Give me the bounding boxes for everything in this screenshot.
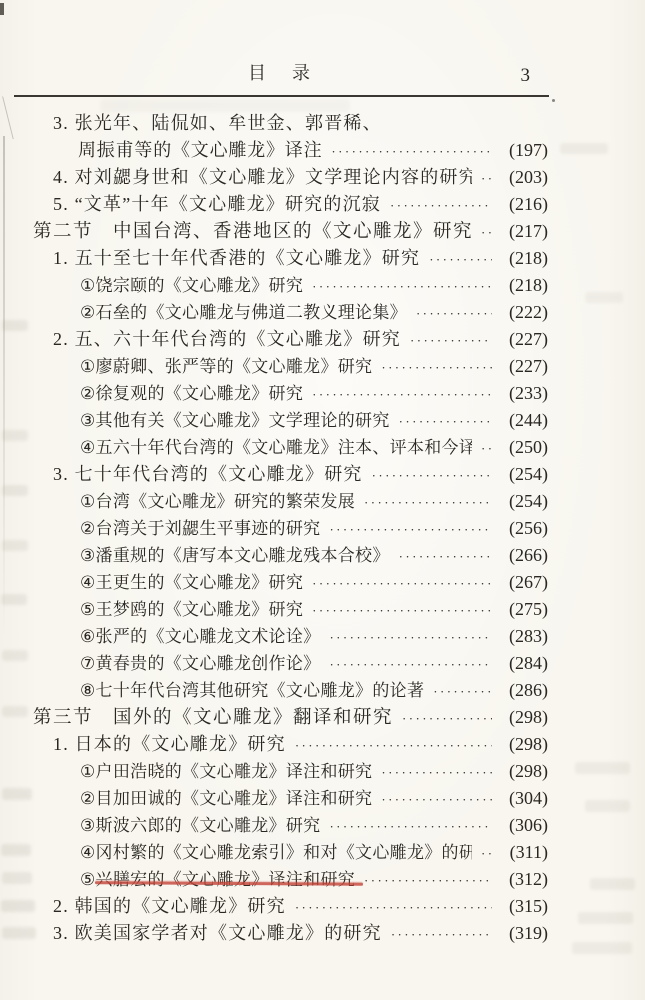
toc-entry-text: 3. 张光年、陆侃如、牟世金、郭晋稀、 bbox=[53, 110, 382, 137]
toc-entry-text: ①饶宗颐的《文心雕龙》研究 bbox=[80, 272, 303, 299]
toc-page-number: (244) bbox=[492, 407, 548, 434]
dot-leader: ········································… bbox=[407, 300, 492, 326]
toc-page-number: (275) bbox=[492, 596, 548, 623]
bleed-through-mark bbox=[572, 942, 632, 954]
page-header: 目 录 3 bbox=[14, 0, 548, 96]
toc-entry: ⑤兴膳宏的《文心雕龙》译注和研究························… bbox=[14, 866, 548, 893]
toc-page-number: (306) bbox=[492, 812, 548, 839]
toc-page-number: (218) bbox=[492, 272, 548, 299]
dot-leader: ········································… bbox=[372, 759, 492, 785]
toc-entry: ①廖蔚卿、张严等的《文心雕龙》研究·······················… bbox=[14, 353, 548, 380]
toc-entry-text: ⑧七十年代台湾其他研究《文心雕龙》的论著 bbox=[80, 677, 424, 704]
toc-entry: 第三节 国外的《文心雕龙》翻译和研究······················… bbox=[14, 704, 548, 731]
toc-page-number: (203) bbox=[492, 164, 548, 191]
dot-leader: ········································… bbox=[286, 732, 492, 758]
bleed-through-mark bbox=[575, 762, 630, 774]
toc-page-number: (298) bbox=[492, 704, 548, 731]
bleed-through-mark bbox=[2, 927, 36, 939]
toc-entry: ⑦黄春贵的《文心雕龙创作论》··························… bbox=[14, 650, 548, 677]
toc-page-number: (304) bbox=[492, 785, 548, 812]
page-content: 目 录 3 3. 张光年、陆侃如、牟世金、郭晋稀、周振甫等的《文心雕龙》译注··… bbox=[14, 0, 548, 96]
dot-leader: ········································… bbox=[320, 624, 492, 650]
toc-entry: ①台湾《文心雕龙》研究的繁荣发展························… bbox=[14, 488, 548, 515]
toc-page-number: (284) bbox=[492, 650, 548, 677]
toc-page-number: (216) bbox=[492, 191, 548, 218]
toc-entry-text: 第三节 国外的《文心雕龙》翻译和研究 bbox=[33, 705, 393, 731]
toc-page-number: (227) bbox=[492, 326, 548, 353]
toc-entry: ④王更生的《文心雕龙》研究···························… bbox=[14, 569, 548, 596]
toc-page-number: (254) bbox=[492, 488, 548, 515]
toc-entry-text: ②石垒的《文心雕龙与佛道二教义理论集》 bbox=[80, 299, 407, 326]
header-rule bbox=[14, 95, 549, 97]
toc-entry: 1. 五十至七十年代香港的《文心雕龙》研究···················… bbox=[14, 245, 548, 272]
toc-entry-text: 周振甫等的《文心雕龙》译注 bbox=[78, 137, 322, 164]
toc-entry-text: 2. 韩国的《文心雕龙》研究 bbox=[53, 893, 286, 920]
dot-leader: ········································… bbox=[390, 408, 492, 434]
toc-entry-text: ⑤王梦鸥的《文心雕龙》研究 bbox=[80, 596, 303, 623]
toc-page-number: (250) bbox=[492, 434, 548, 461]
scan-corner-artifact bbox=[0, 3, 4, 15]
dot-leader: ········································… bbox=[322, 138, 492, 164]
page-title: 目 录 bbox=[14, 59, 548, 85]
toc-entry: 5. “文革”十年《文心雕龙》研究的沉寂····················… bbox=[14, 191, 548, 218]
dot-leader: ········································… bbox=[372, 354, 492, 380]
toc-entry: ③其他有关《文心雕龙》文学理论的研究······················… bbox=[14, 407, 548, 434]
toc-entry-text: ③潘重规的《唐写本文心雕龙残本合校》 bbox=[80, 542, 390, 569]
bleed-through-mark bbox=[2, 320, 28, 331]
bleed-through-mark bbox=[2, 650, 28, 661]
bleed-through-mark bbox=[2, 872, 32, 884]
toc-entry-text: ⑤兴膳宏的《文心雕龙》译注和研究 bbox=[80, 866, 355, 893]
toc-entry: 2. 韩国的《文心雕龙》研究··························… bbox=[14, 893, 548, 920]
toc-entry: 1. 日本的《文心雕龙》研究··························… bbox=[14, 731, 548, 758]
toc-entry: 第二节 中国台湾、香港地区的《文心雕龙》研究··················… bbox=[14, 218, 548, 245]
bleed-through-mark bbox=[590, 878, 635, 890]
toc-entry-text: ①廖蔚卿、张严等的《文心雕龙》研究 bbox=[80, 353, 372, 380]
folio-page-number: 3 bbox=[521, 65, 531, 87]
page-crease-edge bbox=[3, 136, 5, 636]
toc-entry: 3. 张光年、陆侃如、牟世金、郭晋稀、 bbox=[14, 110, 548, 137]
dot-leader: ········································… bbox=[320, 651, 492, 677]
dot-leader: ········································… bbox=[393, 705, 492, 731]
toc-entry: ②目加田诚的《文心雕龙》译注和研究·······················… bbox=[14, 785, 548, 812]
dot-leader: ········································… bbox=[355, 867, 492, 893]
bleed-through-mark bbox=[2, 430, 28, 441]
dot-leader: ········································… bbox=[472, 840, 492, 866]
bleed-through-mark bbox=[585, 800, 630, 812]
toc-entry: ③潘重规的《唐写本文心雕龙残本合校》······················… bbox=[14, 542, 548, 569]
bleed-through-mark bbox=[2, 485, 28, 496]
toc-list: 3. 张光年、陆侃如、牟世金、郭晋稀、周振甫等的《文心雕龙》译注········… bbox=[14, 110, 548, 947]
dot-leader: ········································… bbox=[355, 489, 492, 515]
toc-entry: 4. 对刘勰身世和《文心雕龙》文学理论内容的研究················… bbox=[14, 164, 548, 191]
dot-leader: ········································… bbox=[303, 570, 492, 596]
toc-page-number: (222) bbox=[492, 299, 548, 326]
toc-page-number: (233) bbox=[492, 380, 548, 407]
toc-page-number: (254) bbox=[492, 461, 548, 488]
toc-entry-text: ②徐复观的《文心雕龙》研究 bbox=[80, 380, 303, 407]
toc-entry: 2. 五、六十年代台湾的《文心雕龙》研究····················… bbox=[14, 326, 548, 353]
bleed-through-mark bbox=[585, 292, 623, 303]
toc-entry-text: 3. 欧美国家学者对《文心雕龙》的研究 bbox=[53, 920, 382, 947]
toc-entry-text: 第二节 中国台湾、香港地区的《文心雕龙》研究 bbox=[33, 219, 472, 245]
toc-entry: ②台湾关于刘勰生平事迹的研究··························… bbox=[14, 515, 548, 542]
toc-entry: ④五六十年代台湾的《文心雕龙》注本、评本和今译本················… bbox=[14, 434, 548, 461]
toc-entry-text: ④王更生的《文心雕龙》研究 bbox=[80, 569, 303, 596]
toc-entry-text: ③斯波六郎的《文心雕龙》研究 bbox=[80, 812, 320, 839]
toc-entry: ③斯波六郎的《文心雕龙》研究··························… bbox=[14, 812, 548, 839]
bleed-through-mark bbox=[1, 844, 31, 856]
toc-page-number: (217) bbox=[492, 218, 548, 245]
toc-entry-text: 2. 五、六十年代台湾的《文心雕龙》研究 bbox=[53, 326, 401, 353]
toc-page-number: (266) bbox=[492, 542, 548, 569]
toc-entry-text: 4. 对刘勰身世和《文心雕龙》文学理论内容的研究 bbox=[53, 164, 472, 191]
toc-entry-text: ②目加田诚的《文心雕龙》译注和研究 bbox=[80, 785, 372, 812]
toc-entry: ①户田浩晓的《文心雕龙》译注和研究·······················… bbox=[14, 758, 548, 785]
bleed-through-mark bbox=[100, 99, 350, 112]
toc-entry: ②石垒的《文心雕龙与佛道二教义理论集》·····················… bbox=[14, 299, 548, 326]
toc-page-number: (315) bbox=[492, 893, 548, 920]
dot-leader: ········································… bbox=[424, 678, 492, 704]
toc-entry-text: 1. 日本的《文心雕龙》研究 bbox=[53, 731, 286, 758]
toc-entry: ④冈村繁的《文心雕龙索引》和对《文心雕龙》的研究················… bbox=[14, 839, 548, 866]
scan-speck bbox=[552, 99, 555, 102]
toc-page-number: (197) bbox=[492, 137, 548, 164]
dot-leader: ········································… bbox=[286, 894, 492, 920]
scanned-book-page: 目 录 3 3. 张光年、陆侃如、牟世金、郭晋稀、周振甫等的《文心雕龙》译注··… bbox=[0, 0, 645, 1000]
dot-leader: ········································… bbox=[381, 192, 492, 218]
dot-leader: ········································… bbox=[320, 813, 492, 839]
dot-leader: ········································… bbox=[420, 246, 492, 272]
dot-leader: ········································… bbox=[303, 273, 492, 299]
toc-page-number: (312) bbox=[492, 866, 548, 893]
toc-page-number: (319) bbox=[492, 920, 548, 947]
bleed-through-mark bbox=[2, 540, 28, 551]
toc-entry: ①饶宗颐的《文心雕龙》研究···························… bbox=[14, 272, 548, 299]
toc-page-number: (218) bbox=[492, 245, 548, 272]
toc-entry-text: ⑦黄春贵的《文心雕龙创作论》 bbox=[80, 650, 320, 677]
bleed-through-mark bbox=[2, 788, 32, 800]
toc-entry-text: ①台湾《文心雕龙》研究的繁荣发展 bbox=[80, 488, 355, 515]
toc-entry: 周振甫等的《文心雕龙》译注···························… bbox=[14, 137, 548, 164]
dot-leader: ········································… bbox=[303, 381, 492, 407]
dot-leader: ········································… bbox=[390, 543, 492, 569]
toc-entry-text: ①户田浩晓的《文心雕龙》译注和研究 bbox=[80, 758, 372, 785]
toc-page-number: (256) bbox=[492, 515, 548, 542]
toc-entry-text: 3. 七十年代台湾的《文心雕龙》研究 bbox=[53, 461, 363, 488]
toc-entry-text: ④冈村繁的《文心雕龙索引》和对《文心雕龙》的研究 bbox=[80, 839, 472, 866]
bleed-through-mark bbox=[578, 912, 633, 924]
toc-entry: ②徐复观的《文心雕龙》研究···························… bbox=[14, 380, 548, 407]
toc-entry: 3. 欧美国家学者对《文心雕龙》的研究·····················… bbox=[14, 920, 548, 947]
toc-page-number: (311) bbox=[492, 839, 548, 866]
toc-entry: ⑧七十年代台湾其他研究《文心雕龙》的论著····················… bbox=[14, 677, 548, 704]
dot-leader: ········································… bbox=[401, 327, 492, 353]
toc-entry: ⑤王梦鸥的《文心雕龙》研究···························… bbox=[14, 596, 548, 623]
bleed-through-mark bbox=[1, 594, 27, 605]
toc-entry: 3. 七十年代台湾的《文心雕龙》研究······················… bbox=[14, 461, 548, 488]
bleed-through-mark bbox=[560, 143, 608, 154]
toc-entry-text: ⑥张严的《文心雕龙文术论诠》 bbox=[80, 623, 320, 650]
dot-leader: ········································… bbox=[363, 462, 492, 488]
bleed-through-mark bbox=[1, 900, 35, 912]
toc-entry-text: ③其他有关《文心雕龙》文学理论的研究 bbox=[80, 407, 390, 434]
dot-leader: ········································… bbox=[320, 516, 492, 542]
dot-leader: ········································… bbox=[382, 921, 492, 947]
toc-entry-text: 1. 五十至七十年代香港的《文心雕龙》研究 bbox=[53, 245, 420, 272]
toc-page-number: (267) bbox=[492, 569, 548, 596]
dot-leader: ········································… bbox=[472, 165, 492, 191]
bleed-through-mark bbox=[2, 706, 28, 717]
toc-page-number: (227) bbox=[492, 353, 548, 380]
toc-page-number: (298) bbox=[492, 731, 548, 758]
toc-page-number: (298) bbox=[492, 758, 548, 785]
toc-entry-text: ②台湾关于刘勰生平事迹的研究 bbox=[80, 515, 320, 542]
toc-entry-text: 5. “文革”十年《文心雕龙》研究的沉寂 bbox=[53, 191, 381, 218]
toc-page-number: (283) bbox=[492, 623, 548, 650]
toc-entry-text: ④五六十年代台湾的《文心雕龙》注本、评本和今译本 bbox=[80, 434, 472, 461]
toc-page-number: (286) bbox=[492, 677, 548, 704]
dot-leader: ········································… bbox=[303, 597, 492, 623]
toc-entry: ⑥张严的《文心雕龙文术论诠》··························… bbox=[14, 623, 548, 650]
dot-leader: ········································… bbox=[472, 435, 492, 461]
dot-leader: ········································… bbox=[472, 219, 492, 245]
dot-leader: ········································… bbox=[372, 786, 492, 812]
